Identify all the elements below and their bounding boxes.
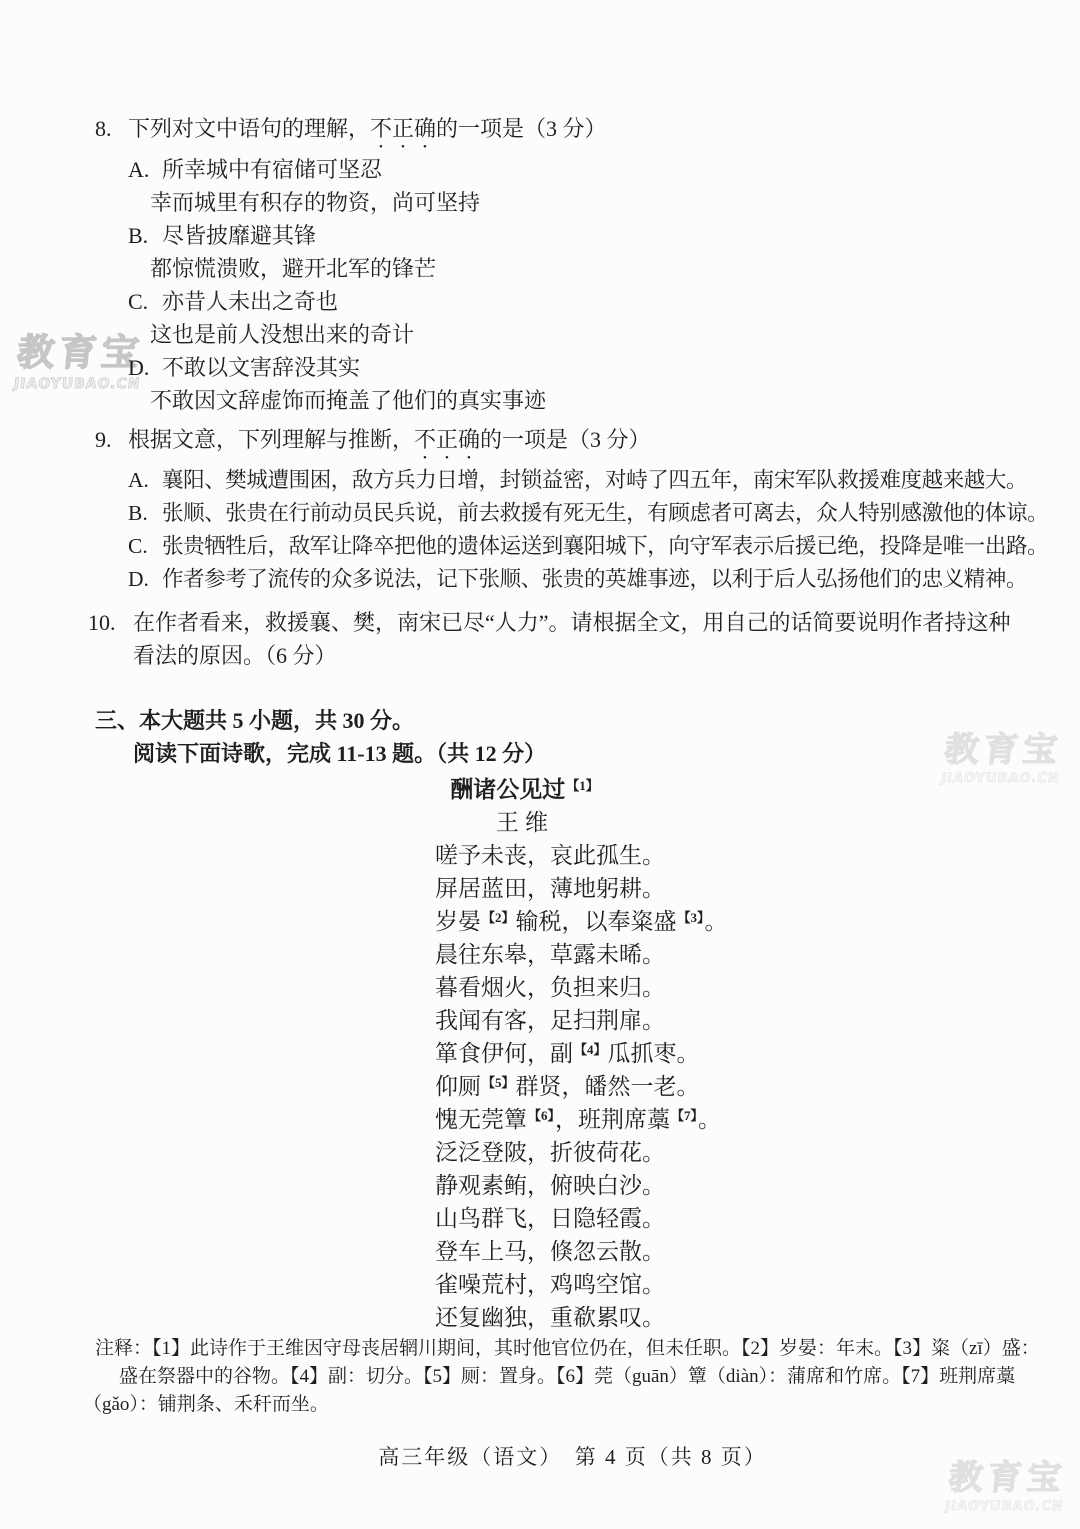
question-stem-line-1: 在作者看来，救援襄、樊，南宋已尽“人力”。请根据全文，用自己的话简要说明作者持这… — [133, 606, 1011, 639]
option-translation-line: 不敢因文辞虚饰而掩盖了他们的真实事迹 — [150, 384, 546, 417]
option-text: 作者参考了流传的众多说法，记下张顺、张贵的英雄事迹，以利于后人弘扬他们的忠义精神… — [162, 563, 1027, 596]
question-8: 8. 下列对文中语句的理解，不正确的一项是（3 分） A. 所幸城中有宿储可坚忍… — [95, 112, 1050, 417]
option-9B: B. 张顺、张贵在行前动员民兵说，前去救援有死无生，有顾虑者可离去，众人特别感激… — [128, 497, 1050, 530]
option-label: A. — [128, 153, 162, 186]
poem-line: 晨往东皋，草露未晞。 — [435, 938, 1050, 971]
question-10: 10. 在作者看来，救援襄、樊，南宋已尽“人力”。请根据全文，用自己的话简要说明… — [88, 606, 1050, 672]
poem-block: 酬诸公见过【1】 王维 嗟予未丧，哀此孤生。 屏居蓝田，薄地躬耕。 岁晏【2】输… — [95, 773, 1050, 1334]
poem-line: 我闻有客，足扫荆扉。 — [435, 1004, 1050, 1037]
exam-page: 教育宝 JIAOYUBAO.CN 教育宝 JIAOYUBAO.CN 教育宝 JI… — [0, 0, 1080, 1529]
option-text: 襄阳、樊城遭围困，敌方兵力日增，封锁益密，对峙了四五年，南宋军队救援难度越来越大… — [162, 464, 1027, 497]
question-stem-line-2: 看法的原因。（6 分） — [133, 639, 1050, 672]
option-label: D. — [128, 351, 162, 384]
text-segment: 仰厕 — [435, 1074, 481, 1099]
question-10-stem: 10. 在作者看来，救援襄、樊，南宋已尽“人力”。请根据全文，用自己的话简要说明… — [88, 606, 1050, 639]
option-9C: C. 张贵牺牲后，敌军让降卒把他的遗体运送到襄阳城下，向守军表示后援已绝，投降是… — [128, 530, 1050, 563]
text-segment: 箪食伊何，副 — [435, 1041, 573, 1066]
text-segment: 暮看烟火，负担来归。 — [435, 975, 665, 1000]
question-8-options: A. 所幸城中有宿储可坚忍 幸而城里有积存的物资，尚可坚持 B. 尽皆披靡避其锋… — [128, 153, 1050, 417]
text-segment: 。 — [705, 909, 728, 934]
note-ref-superscript: 【7】 — [671, 1108, 697, 1123]
note-line: 注释：【1】此诗作于王维因守母丧居辋川期间，其时他官位仍在，但未任职。【2】岁晏… — [95, 1335, 1050, 1363]
option-translation-line: 这也是前人没想出来的奇计 — [150, 318, 414, 351]
text-segment: 岁晏 — [435, 909, 481, 934]
option-8D: D. 不敢以文害辞没其实 不敢因文辞虚饰而掩盖了他们的真实事迹 — [128, 351, 1050, 417]
poem-line: 登车上马，倏忽云散。 — [435, 1235, 1050, 1268]
text-segment: 我闻有客，足扫荆扉。 — [435, 1008, 665, 1033]
option-body: 尽皆披靡避其锋 都惊慌溃败，避开北军的锋芒 — [162, 219, 436, 285]
text-segment: 的一项是（3 分） — [436, 116, 607, 141]
option-label: B. — [128, 497, 162, 530]
option-translation-line: 幸而城里有积存的物资，尚可坚持 — [150, 186, 480, 219]
option-body: 亦昔人未出之奇也 这也是前人没想出来的奇计 — [162, 285, 414, 351]
text-segment: ，班荆席藁 — [555, 1107, 670, 1132]
note-line: （gǎo）：铺荆条、禾秆而坐。 — [83, 1391, 1050, 1419]
text-segment: 嗟予未丧，哀此孤生。 — [435, 843, 665, 868]
option-8C: C. 亦昔人未出之奇也 这也是前人没想出来的奇计 — [128, 285, 1050, 351]
question-stem-text: 下列对文中语句的理解，不正确的一项是（3 分） — [128, 112, 607, 153]
emphasized-text: 不正确 — [414, 427, 480, 452]
option-8A: A. 所幸城中有宿储可坚忍 幸而城里有积存的物资，尚可坚持 — [128, 153, 1050, 219]
poem-line: 愧无莞簟【6】，班荆席藁【7】。 — [435, 1103, 1050, 1136]
text-segment: 瓜抓枣。 — [608, 1041, 700, 1066]
text-segment: 泛泛登陂，折彼荷花。 — [435, 1140, 665, 1165]
text-segment: 雀噪荒村，鸡鸣空馆。 — [435, 1272, 665, 1297]
question-stem-text: 根据文意，下列理解与推断，不正确的一项是（3 分） — [128, 423, 651, 464]
poem-line: 暮看烟火，负担来归。 — [435, 971, 1050, 1004]
poem-line: 还复幽独，重欷累叹。 — [435, 1301, 1050, 1334]
poem-title: 酬诸公见过【1】 — [245, 773, 805, 806]
section-3-heading: 三、本大题共 5 小题，共 30 分。 — [95, 704, 1050, 737]
option-8B: B. 尽皆披靡避其锋 都惊慌溃败，避开北军的锋芒 — [128, 219, 1050, 285]
text-segment: 。 — [698, 1107, 721, 1132]
text-segment: 酬诸公见过 — [450, 777, 565, 802]
option-label: D. — [128, 563, 162, 596]
text-segment: 输税，以奉粢盛 — [516, 909, 677, 934]
page-footer: 高三年级（语文） 第 4 页（共 8 页） — [95, 1445, 1050, 1469]
note-ref-superscript: 【4】 — [574, 1042, 607, 1057]
poem-lines: 嗟予未丧，哀此孤生。 屏居蓝田，薄地躬耕。 岁晏【2】输税，以奉粢盛【3】。 晨… — [435, 839, 1050, 1334]
text-segment: 山鸟群飞，日隐轻霞。 — [435, 1206, 665, 1231]
question-9: 9. 根据文意，下列理解与推断，不正确的一项是（3 分） A. 襄阳、樊城遭围困… — [95, 423, 1050, 596]
question-9-options: A. 襄阳、樊城遭围困，敌方兵力日增，封锁益密，对峙了四五年，南宋军队救援难度越… — [128, 464, 1050, 596]
option-source-line: 所幸城中有宿储可坚忍 — [162, 153, 480, 186]
option-label: B. — [128, 219, 162, 252]
question-number: 9. — [95, 423, 128, 456]
poem-line: 屏居蓝田，薄地躬耕。 — [435, 872, 1050, 905]
option-text: 张顺、张贵在行前动员民兵说，前去救援有死无生，有顾虑者可离去，众人特别感激他的体… — [162, 497, 1048, 530]
poem-line: 箪食伊何，副【4】瓜抓枣。 — [435, 1037, 1050, 1070]
question-number: 10. — [88, 606, 133, 639]
note-ref-superscript: 【2】 — [482, 910, 515, 925]
emphasized-text: 不正确 — [370, 116, 436, 141]
question-9-stem: 9. 根据文意，下列理解与推断，不正确的一项是（3 分） — [95, 423, 1050, 464]
option-label: C. — [128, 285, 162, 318]
text-segment: 群贤，皤然一老。 — [516, 1074, 700, 1099]
option-label: A. — [128, 464, 162, 497]
poem-notes: 注释：【1】此诗作于王维因守母丧居辋川期间，其时他官位仍在，但未任职。【2】岁晏… — [95, 1335, 1050, 1419]
note-ref-superscript: 【3】 — [678, 910, 704, 925]
option-source-line: 尽皆披靡避其锋 — [162, 219, 436, 252]
page-content: 8. 下列对文中语句的理解，不正确的一项是（3 分） A. 所幸城中有宿储可坚忍… — [0, 0, 1080, 1529]
option-source-line: 不敢以文害辞没其实 — [162, 351, 546, 384]
text-segment: 下列对文中语句的理解， — [128, 116, 370, 141]
option-body: 所幸城中有宿储可坚忍 幸而城里有积存的物资，尚可坚持 — [162, 153, 480, 219]
poem-line: 山鸟群飞，日隐轻霞。 — [435, 1202, 1050, 1235]
poem-author: 王维 — [245, 806, 805, 839]
question-number: 8. — [95, 112, 128, 145]
section-3-instruction: 阅读下面诗歌，完成 11-13 题。（共 12 分） — [133, 737, 1050, 770]
poem-line: 嗟予未丧，哀此孤生。 — [435, 839, 1050, 872]
note-ref-superscript: 【1】 — [566, 778, 599, 793]
text-segment: 根据文意，下列理解与推断， — [128, 427, 414, 452]
option-source-line: 亦昔人未出之奇也 — [162, 285, 414, 318]
option-9D: D. 作者参考了流传的众多说法，记下张顺、张贵的英雄事迹，以利于后人弘扬他们的忠… — [128, 563, 1050, 596]
option-label: C. — [128, 530, 162, 563]
note-ref-superscript: 【5】 — [482, 1075, 515, 1090]
poem-line: 泛泛登陂，折彼荷花。 — [435, 1136, 1050, 1169]
note-line: 盛在祭器中的谷物。【4】副：切分。【5】厕：置身。【6】莞（guān）簟（dià… — [119, 1363, 1050, 1391]
option-9A: A. 襄阳、樊城遭围困，敌方兵力日增，封锁益密，对峙了四五年，南宋军队救援难度越… — [128, 464, 1050, 497]
text-segment: 静观素鲔，俯映白沙。 — [435, 1173, 665, 1198]
option-body: 不敢以文害辞没其实 不敢因文辞虚饰而掩盖了他们的真实事迹 — [162, 351, 546, 417]
text-segment: 的一项是（3 分） — [480, 427, 651, 452]
poem-line: 岁晏【2】输税，以奉粢盛【3】。 — [435, 905, 1050, 938]
question-8-stem: 8. 下列对文中语句的理解，不正确的一项是（3 分） — [95, 112, 1050, 153]
option-text: 张贵牺牲后，敌军让降卒把他的遗体运送到襄阳城下，向守军表示后援已绝，投降是唯一出… — [162, 530, 1048, 563]
text-segment: 屏居蓝田，薄地躬耕。 — [435, 876, 665, 901]
text-segment: 还复幽独，重欷累叹。 — [435, 1305, 665, 1330]
note-ref-superscript: 【6】 — [528, 1108, 554, 1123]
poem-line: 雀噪荒村，鸡鸣空馆。 — [435, 1268, 1050, 1301]
text-segment: 登车上马，倏忽云散。 — [435, 1239, 665, 1264]
poem-line: 仰厕【5】群贤，皤然一老。 — [435, 1070, 1050, 1103]
poem-line: 静观素鲔，俯映白沙。 — [435, 1169, 1050, 1202]
text-segment: 愧无莞簟 — [435, 1107, 527, 1132]
text-segment: 晨往东皋，草露未晞。 — [435, 942, 665, 967]
option-translation-line: 都惊慌溃败，避开北军的锋芒 — [150, 252, 436, 285]
